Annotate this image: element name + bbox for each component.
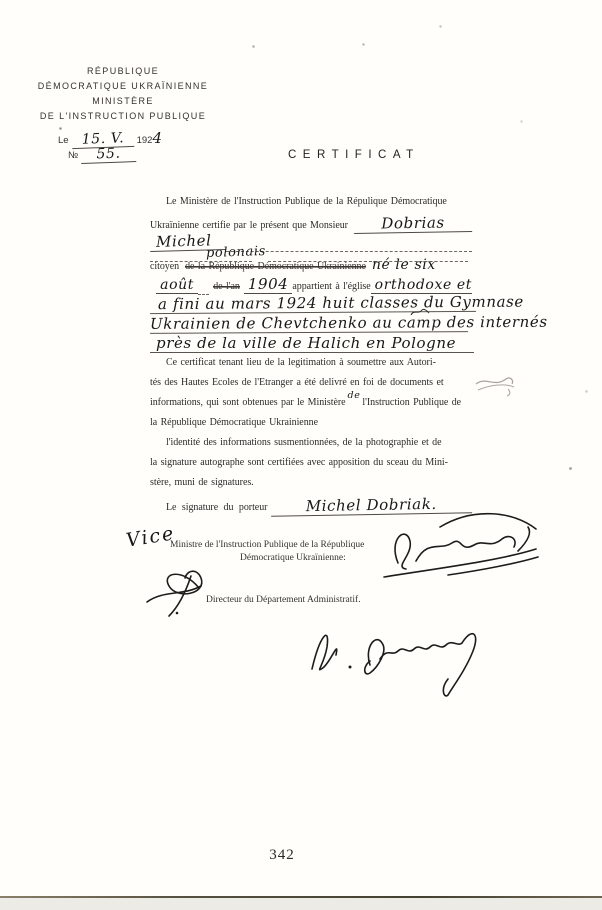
p2-line3a: informations, qui sont obtenues par le M… <box>150 397 346 408</box>
p2-line1: Ce certificat tenant lieu de la legitima… <box>166 357 436 368</box>
letterhead-line1: RÉPUBLIQUE <box>28 66 218 76</box>
letterhead-line3: MINISTÈRE <box>28 96 218 106</box>
date-label: Le <box>58 135 69 146</box>
birth-line: août de l'an 1904 appartient à l'église … <box>150 275 472 295</box>
p2-line3b: l'Instruction Publique de <box>362 397 461 408</box>
correction-squiggle-icon <box>410 308 430 317</box>
struck-de-lan: de l'an <box>213 281 240 292</box>
empty-rule-line <box>150 243 468 253</box>
p3-line1: l'identité des informations susmentionné… <box>166 437 442 448</box>
bearer-label: Le signature du porteur <box>166 502 267 513</box>
year-printed: 192 <box>137 135 153 146</box>
p2-line2: tés des Hautes Ecoles de l'Etranger a ét… <box>150 377 444 388</box>
minister-title-line2: Démocratique Ukraïnienne: <box>240 553 346 563</box>
page-edge-shade <box>0 898 602 910</box>
vice-handwritten: Vice <box>125 522 177 551</box>
p2-line3: informations, qui sont obtenues par le M… <box>150 397 461 408</box>
p2-insert-de: de <box>348 390 361 401</box>
minister-signature <box>378 505 543 590</box>
p3-line3: stère, muni de signatures. <box>150 477 254 488</box>
p1-line1: Le Ministère de l'Instruction Publique d… <box>166 196 447 207</box>
surname-handwritten: Dobrias <box>354 213 472 234</box>
page-number: 342 <box>252 847 312 864</box>
letterhead-line4: DE L'INSTRUCTION PUBLIQUE <box>28 111 218 121</box>
hw-ne-le-six: né le six <box>372 257 436 273</box>
letterhead-line2: DÉMOCRATIQUE UKRAÏNIENNE <box>28 81 218 91</box>
number-line: № 55. <box>68 146 148 163</box>
hw-1904: 1904 <box>244 275 293 294</box>
certificate-page: RÉPUBLIQUE DÉMOCRATIQUE UKRAÏNIENNE MINI… <box>0 0 602 910</box>
hw-orthodoxe: orthodoxe et <box>371 277 472 294</box>
scan-specks <box>0 0 1 1</box>
minister-title-line1: Ministre de l'Instruction Publique de la… <box>170 540 364 550</box>
struck-citizenship: de la République Démocratique Ukrainienn… <box>185 261 366 272</box>
document-title: CERTIFICAT <box>288 149 420 161</box>
director-flourish <box>143 566 243 621</box>
p1-line2: Ukraïnienne certifie par le présent que … <box>150 214 472 233</box>
p3-line2: la signature autographe sont certifiées … <box>150 457 448 468</box>
citizen-label: citoyen <box>150 261 179 272</box>
number-label: № <box>68 150 78 161</box>
director-signature <box>300 607 495 699</box>
citizen-line: citoyen de la République Démocratique Uk… <box>150 257 472 273</box>
p2-line4: la République Démocratique Ukrainienne <box>150 417 318 428</box>
director-label: Directeur du Département Administratif. <box>206 595 361 605</box>
hw-aout: août <box>156 277 198 294</box>
p1-line2-text: Ukraïnienne certifie par le présent que … <box>150 220 348 231</box>
hw-line-c: près de la ville de Halich en Pologne <box>150 334 474 353</box>
margin-pencil-mark-icon <box>474 372 518 398</box>
aout-rule <box>198 276 209 295</box>
year-handwritten: 4 <box>152 129 162 147</box>
typed-eglise: appartient à l'église <box>292 281 370 292</box>
number-value: 55. <box>81 145 137 164</box>
